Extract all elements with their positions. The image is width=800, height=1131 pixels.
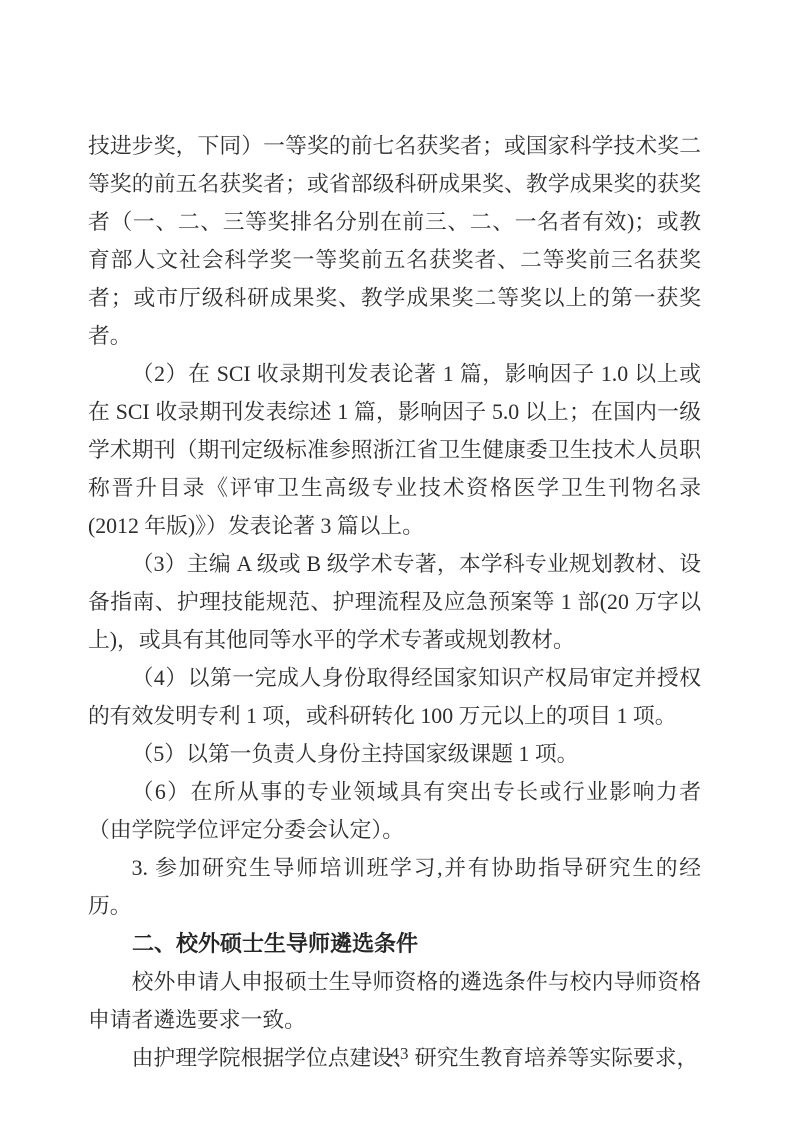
paragraph-item-6-professional-influence: （6）在所从事的专业领域具有突出专长或行业影响力者（由学院学位评定分委会认定）。 (88, 773, 701, 849)
paragraph-item-5-national-project: （5）以第一负责人身份主持国家级课题 1 项。 (88, 735, 701, 773)
document-page: 技进步奖，下同）一等奖的前七名获奖者；或国家科学技术奖二等奖的前五名获奖者；或省… (0, 0, 800, 1131)
paragraph-item-2-sci-publications: （2）在 SCI 收录期刊发表论著 1 篇，影响因子 1.0 以上或在 SCI … (88, 355, 701, 545)
document-content: 技进步奖，下同）一等奖的前七名获奖者；或国家科学技术奖二等奖的前五名获奖者；或省… (88, 127, 701, 1077)
section-heading-external-supervisor-criteria: 二、校外硕士生导师遴选条件 (88, 925, 701, 963)
paragraph-external-applicant-criteria: 校外申请人申报硕士生导师资格的遴选条件与校内导师资格申请者遴选要求一致。 (88, 963, 701, 1039)
paragraph-award-criteria-continuation: 技进步奖，下同）一等奖的前七名获奖者；或国家科学技术奖二等奖的前五名获奖者；或省… (88, 127, 701, 355)
paragraph-item-3-monographs: （3）主编 A 级或 B 级学术专著，本学科专业规划教材、设备指南、护理技能规范… (88, 545, 701, 659)
page-number: - 43 - (0, 1042, 800, 1066)
paragraph-item-3-training-experience: 3. 参加研究生导师培训班学习,并有协助指导研究生的经历。 (88, 849, 701, 925)
paragraph-item-4-patents: （4）以第一完成人身份取得经国家知识产权局审定并授权的有效发明专利 1 项，或科… (88, 659, 701, 735)
